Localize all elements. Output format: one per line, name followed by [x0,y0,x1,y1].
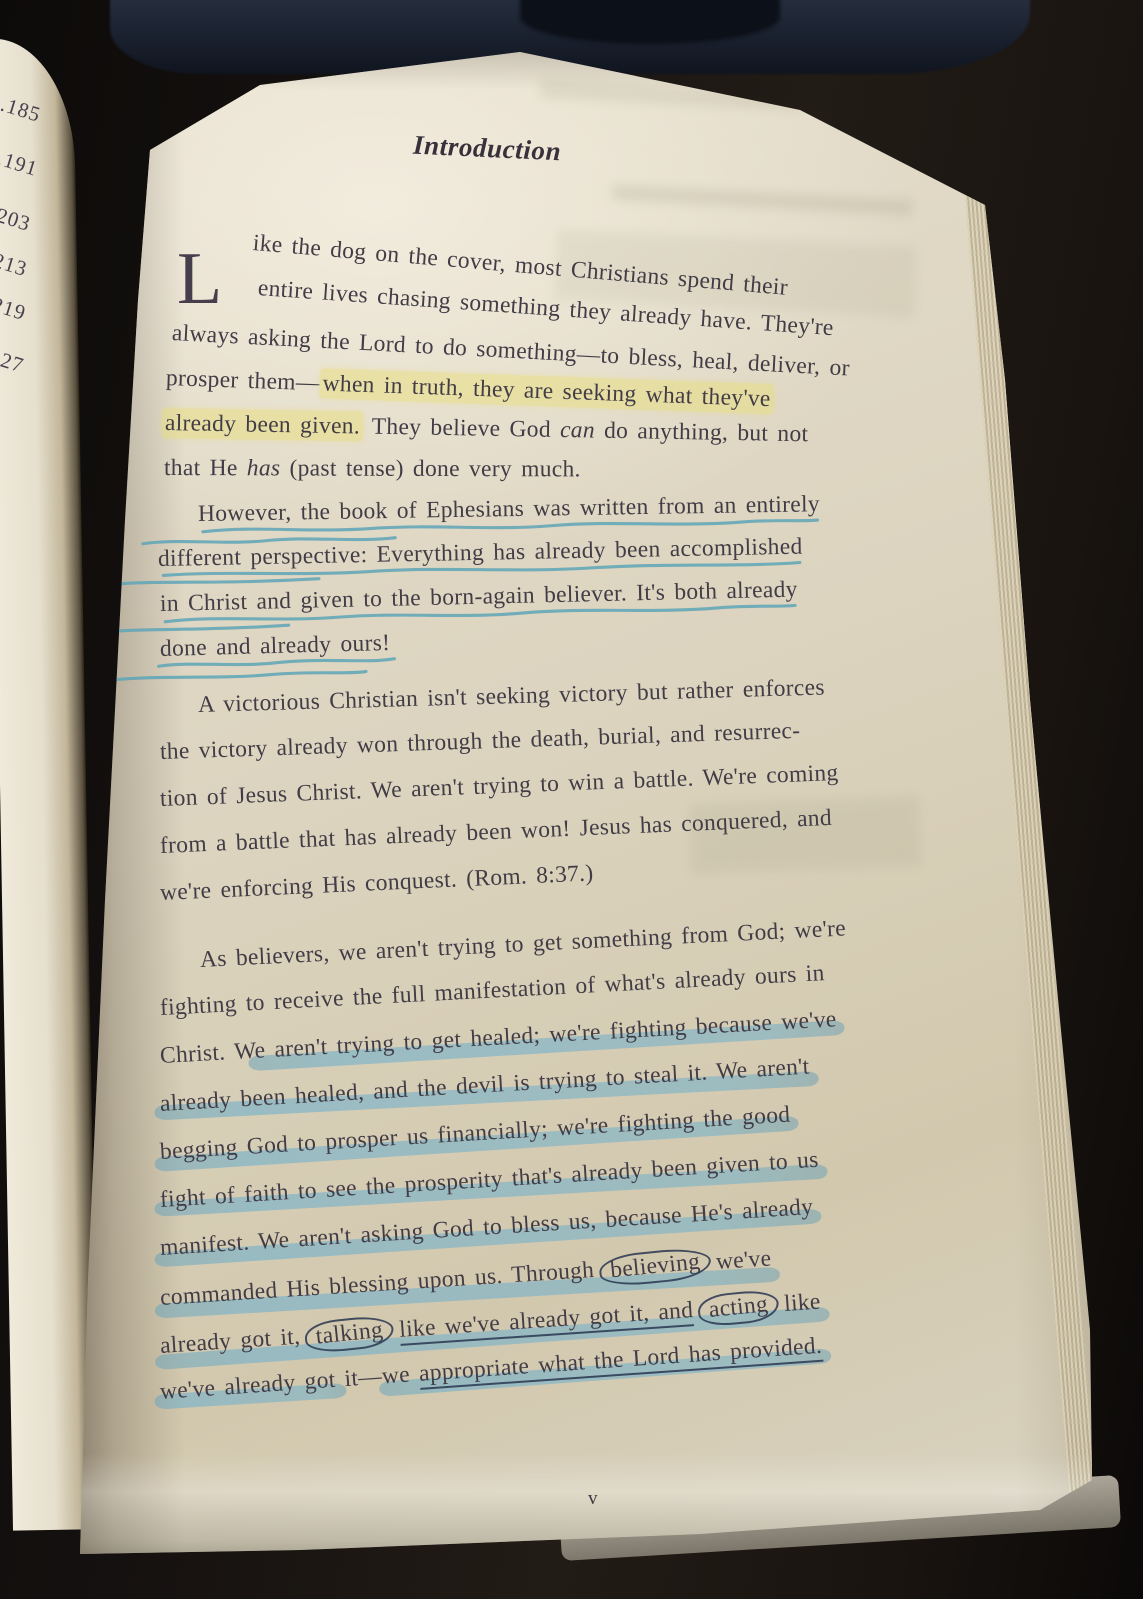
toc-number: 219 [0,292,29,326]
yellow-highlight: when in truth, they are seeking what the… [319,368,774,414]
paragraph-1: ike the dog on the cover, most Christian… [160,230,970,481]
text-line: the victory already won through the deat… [160,712,970,765]
page-title: Introduction [412,130,562,168]
text-line: that He has (past tense) done very much. [164,455,970,484]
toc-number: ..185 [0,90,44,128]
line-text: we're enforcing His conquest. (Rom. 8:37… [159,860,594,906]
italic-word: has [247,455,281,481]
line-text: that He [164,455,247,481]
paragraph-3: A victorious Christian isn't seeking vic… [160,692,970,906]
text-line: already been given. They believe God can… [162,410,970,450]
line-text: like [783,1289,821,1317]
paragraph-4: As believers, we aren't trying to get so… [160,947,970,1405]
book-page: Introduction L ike the dog on the cover,… [55,18,1125,1563]
drop-cap: L [177,249,223,309]
paragraph-2: However, the book of Ephesians was writt… [160,501,970,662]
line-text: prosper them— [166,365,321,396]
line-text: A victorious Christian isn't seeking vic… [198,674,825,717]
yellow-highlight: already been given. [162,408,364,442]
toc-number: 27 [0,348,27,379]
toc-number: .203 [0,201,34,237]
toc-number: ..191 [0,144,41,182]
toc-number: 213 [0,248,30,282]
line-text: They believe God [363,414,561,443]
line-text: (past tense) done very much. [280,455,580,482]
title-row: Introduction [160,133,970,173]
line-text: from a battle that has already been won!… [159,805,832,859]
line-text: the victory already won through the deat… [160,718,801,765]
line-text: do anything, but not [595,418,809,448]
book-photo: ..185 ..191 .203 213 219 27 Introduction… [0,0,1143,1599]
page-number: v [588,1488,598,1510]
page-text: Introduction L ike the dog on the cover,… [160,103,970,1427]
italic-word: can [560,417,595,444]
line-text: tion of Jesus Christ. We aren't trying t… [160,760,839,812]
line-text: we've [715,1246,772,1276]
left-page-edge: ..185 ..191 .203 213 219 27 [0,37,99,1530]
text-line: However, the book of Ephesians was writt… [198,489,970,527]
